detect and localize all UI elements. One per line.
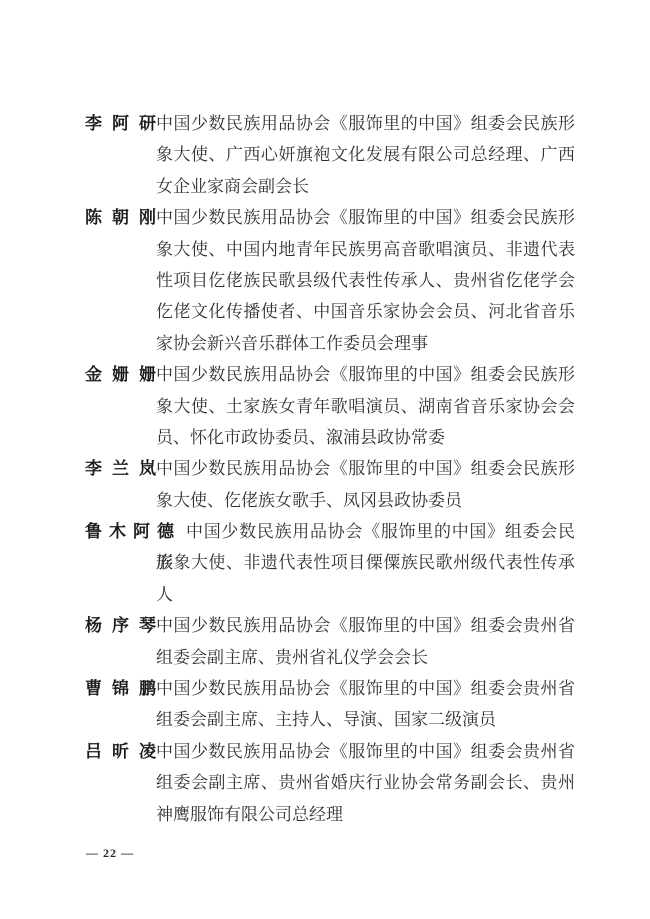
- person-description: 中国少数民族用品协会《服饰里的中国》组委会贵州省组委会副主席、主持人、导演、国家…: [156, 673, 575, 736]
- description-line: 象大使、仡佬族女歌手、凤冈县政协委员: [156, 485, 575, 516]
- entry: 吕昕凌 中国少数民族用品协会《服饰里的中国》组委会贵州省组委会副主席、贵州省婚庆…: [85, 736, 575, 830]
- entry: 曹锦鹏 中国少数民族用品协会《服饰里的中国》组委会贵州省组委会副主席、主持人、导…: [85, 673, 575, 736]
- description-line: 形象大使、非遗代表性项目傈僳族民歌州级代表性传承: [156, 547, 575, 578]
- entry: 李阿研 中国少数民族用品协会《服饰里的中国》组委会民族形象大使、广西心妍旗袍文化…: [85, 108, 575, 202]
- description-line: 人: [156, 579, 575, 610]
- description-line: 组委会副主席、主持人、导演、国家二级演员: [156, 704, 575, 735]
- person-name: 陈朝刚: [85, 202, 156, 233]
- description-line: 仡佬文化传播使者、中国音乐家协会会员、河北省音乐: [156, 296, 575, 327]
- person-name: 李兰岚: [85, 453, 156, 484]
- entry-list: 李阿研 中国少数民族用品协会《服饰里的中国》组委会民族形象大使、广西心妍旗袍文化…: [85, 108, 575, 830]
- description-line: 女企业家商会副会长: [156, 171, 575, 202]
- description-line: 组委会副主席、贵州省婚庆行业协会常务副会长、贵州: [156, 767, 575, 798]
- description-line: 性项目仡佬族民歌县级代表性传承人、贵州省仡佬学会: [156, 265, 575, 296]
- description-line: 中国少数民族用品协会《服饰里的中国》组委会民族: [156, 516, 575, 547]
- description-line: 中国少数民族用品协会《服饰里的中国》组委会贵州省: [156, 673, 575, 704]
- person-name: 曹锦鹏: [85, 673, 156, 704]
- description-line: 神鹰服饰有限公司总经理: [156, 799, 575, 830]
- description-line: 象大使、土家族女青年歌唱演员、湖南省音乐家协会会: [156, 391, 575, 422]
- description-line: 象大使、广西心妍旗袍文化发展有限公司总经理、广西: [156, 139, 575, 170]
- person-name: 李阿研: [85, 108, 156, 139]
- entry: 陈朝刚 中国少数民族用品协会《服饰里的中国》组委会民族形象大使、中国内地青年民族…: [85, 202, 575, 359]
- person-name: 杨序琴: [85, 610, 156, 641]
- entry: 鲁木阿德 中国少数民族用品协会《服饰里的中国》组委会民族形象大使、非遗代表性项目…: [85, 516, 575, 610]
- document-page: 李阿研 中国少数民族用品协会《服饰里的中国》组委会民族形象大使、广西心妍旗袍文化…: [0, 0, 650, 919]
- entry: 金姗姗 中国少数民族用品协会《服饰里的中国》组委会民族形象大使、土家族女青年歌唱…: [85, 359, 575, 453]
- person-name: 吕昕凌: [85, 736, 156, 767]
- description-line: 中国少数民族用品协会《服饰里的中国》组委会民族形: [156, 359, 575, 390]
- page-number: — 22 —: [86, 846, 134, 861]
- person-name: 鲁木阿德: [85, 516, 174, 547]
- person-name: 金姗姗: [85, 359, 156, 390]
- entry: 杨序琴 中国少数民族用品协会《服饰里的中国》组委会贵州省组委会副主席、贵州省礼仪…: [85, 610, 575, 673]
- description-line: 中国少数民族用品协会《服饰里的中国》组委会民族形: [156, 202, 575, 233]
- description-line: 中国少数民族用品协会《服饰里的中国》组委会民族形: [156, 108, 575, 139]
- description-line: 中国少数民族用品协会《服饰里的中国》组委会贵州省: [156, 610, 575, 641]
- entry: 李兰岚 中国少数民族用品协会《服饰里的中国》组委会民族形象大使、仡佬族女歌手、凤…: [85, 453, 575, 516]
- person-description: 中国少数民族用品协会《服饰里的中国》组委会贵州省组委会副主席、贵州省礼仪学会会长: [156, 610, 575, 673]
- description-line: 中国少数民族用品协会《服饰里的中国》组委会贵州省: [156, 736, 575, 767]
- description-line: 中国少数民族用品协会《服饰里的中国》组委会民族形: [156, 453, 575, 484]
- person-description: 中国少数民族用品协会《服饰里的中国》组委会民族形象大使、仡佬族女歌手、凤冈县政协…: [156, 453, 575, 516]
- description-line: 员、怀化市政协委员、溆浦县政协常委: [156, 422, 575, 453]
- description-line: 组委会副主席、贵州省礼仪学会会长: [156, 642, 575, 673]
- description-line: 象大使、中国内地青年民族男高音歌唱演员、非遗代表: [156, 234, 575, 265]
- person-description: 中国少数民族用品协会《服饰里的中国》组委会民族形象大使、中国内地青年民族男高音歌…: [156, 202, 575, 359]
- person-description: 中国少数民族用品协会《服饰里的中国》组委会民族形象大使、非遗代表性项目傈僳族民歌…: [156, 516, 575, 610]
- description-line: 家协会新兴音乐群体工作委员会理事: [156, 328, 575, 359]
- person-description: 中国少数民族用品协会《服饰里的中国》组委会贵州省组委会副主席、贵州省婚庆行业协会…: [156, 736, 575, 830]
- person-description: 中国少数民族用品协会《服饰里的中国》组委会民族形象大使、广西心妍旗袍文化发展有限…: [156, 108, 575, 202]
- person-description: 中国少数民族用品协会《服饰里的中国》组委会民族形象大使、土家族女青年歌唱演员、湖…: [156, 359, 575, 453]
